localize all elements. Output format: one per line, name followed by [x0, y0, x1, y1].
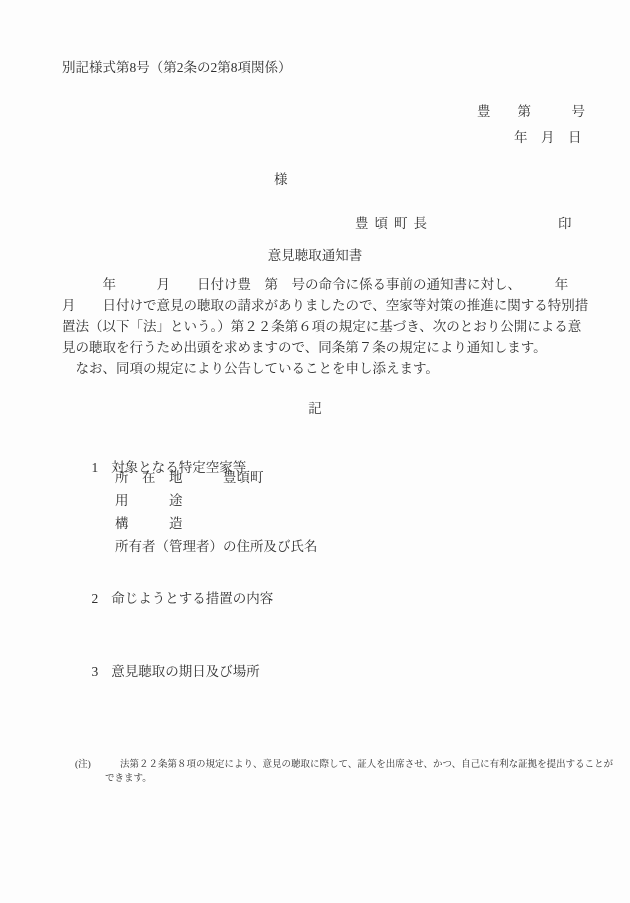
body-line: 見の聴取を行うため出頭を求めますので、同条第７条の規定により通知します。	[62, 339, 547, 357]
footnote-label: (注)	[75, 759, 91, 771]
body-line: 置法（以下「法」という。）第２２条第６項の規定に基づき、次のとおり公開による意	[62, 318, 581, 336]
item-number: 3	[92, 664, 99, 679]
detail-line-structure: 構 造	[115, 512, 183, 532]
list-item-2: 2命じようとする措置の内容	[78, 572, 273, 625]
document-page: 別記様式第8号（第2条の2第8項関係） 豊 第 号 年 月 日 様 豊頃町長 印…	[0, 0, 630, 903]
item-number: 1	[92, 460, 99, 475]
document-number-line: 豊 第 号	[477, 103, 585, 121]
body-line: なお、同項の規定により公告していることを申し添えます。	[62, 360, 439, 378]
item-label: 意見聴取の期日及び場所	[111, 664, 260, 679]
list-item-3: 3意見聴取の期日及び場所	[78, 645, 260, 698]
body-line: 年 月 日付け豊 第 号の命令に係る事前の通知書に対し、 年	[62, 276, 568, 294]
sender-title: 豊頃町長	[355, 215, 433, 233]
form-number: 別記様式第8号（第2条の2第8項関係）	[62, 59, 292, 77]
date-line: 年 月 日	[514, 129, 582, 147]
ki-marker: 記	[0, 400, 630, 418]
footnote-line: できます。	[105, 773, 152, 785]
item-label: 命じようとする措置の内容	[111, 591, 273, 606]
footnote-line: 法第２２条第８項の規定により、意見の聴取に際して、証人を出席させ、かつ、自己に有…	[120, 759, 613, 771]
body-line: 月 日付けで意見の聴取の請求がありましたので、空家等対策の推進に関する特別措	[62, 297, 588, 315]
document-title: 意見聴取通知書	[0, 247, 630, 265]
detail-line-use: 用 途	[115, 489, 183, 509]
recipient-honorific: 様	[274, 171, 288, 189]
seal-mark: 印	[558, 215, 572, 233]
detail-line-location: 所 在 地 豊頃町	[115, 466, 264, 486]
item-number: 2	[92, 591, 99, 606]
detail-line-owner: 所有者（管理者）の住所及び氏名	[115, 535, 318, 555]
